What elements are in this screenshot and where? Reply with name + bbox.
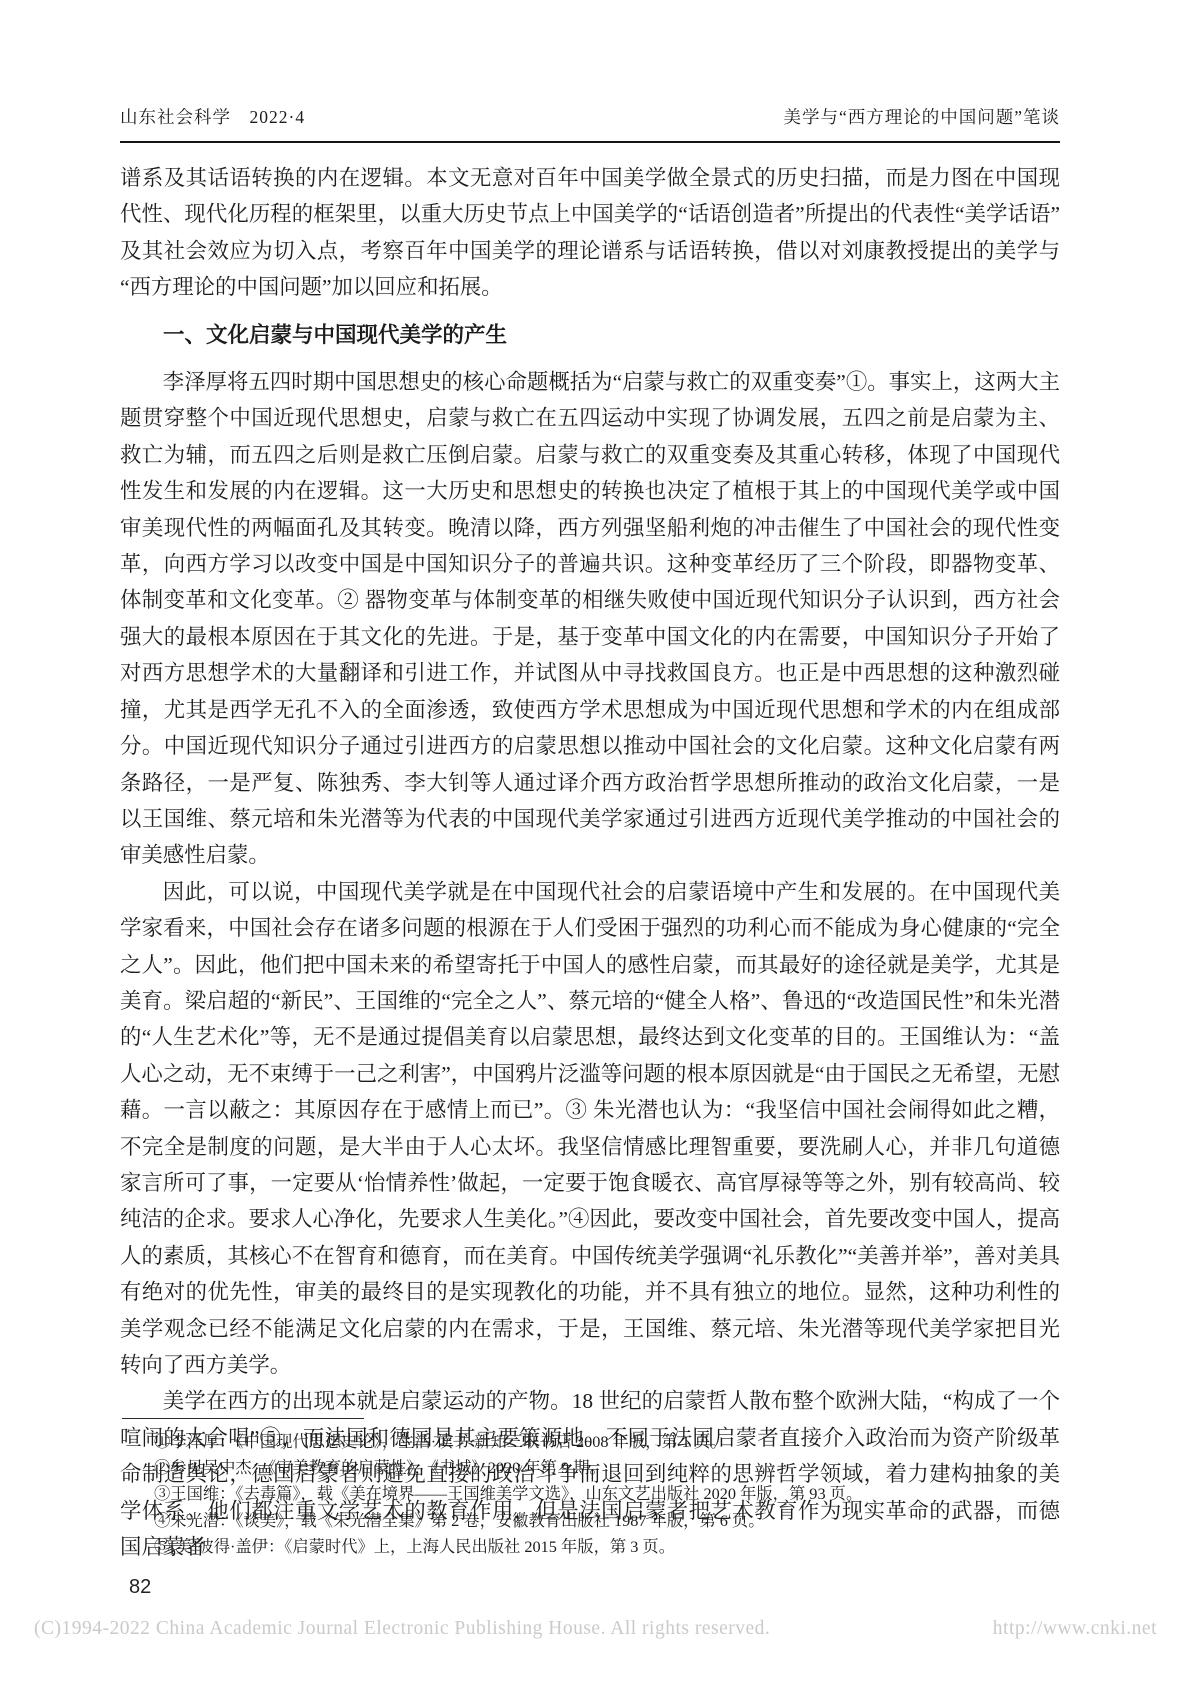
journal-page: 山东社会科学 2022·4 美学与“西方理论的中国问题”笔谈 谱系及其话语转换的… bbox=[0, 0, 1191, 1684]
footnote: ⑤[美]彼得·盖伊：《启蒙时代》上，上海人民出版社 2015 年版，第 3 页。 bbox=[154, 1534, 1060, 1560]
column-title: 美学与“西方理论的中国问题”笔谈 bbox=[783, 104, 1060, 129]
page-header: 山东社会科学 2022·4 美学与“西方理论的中国问题”笔谈 bbox=[120, 0, 1060, 129]
footnote: ①李泽厚：《中国现代思想史论》，生活·读书·新知三联书店 2008 年版，第 1… bbox=[154, 1429, 1060, 1455]
footnote: ②参见吴中杰：《审美教育的启蒙性》，《书城》2020 年第 9 期。 bbox=[154, 1455, 1060, 1481]
footnote-separator bbox=[122, 1418, 364, 1419]
copyright-text: (C)1994-2022 China Academic Journal Elec… bbox=[34, 1618, 770, 1640]
footnote-list: ①李泽厚：《中国现代思想史论》，生活·读书·新知三联书店 2008 年版，第 1… bbox=[120, 1429, 1060, 1560]
section-heading: 一、文化启蒙与中国现代美学的产生 bbox=[120, 317, 1060, 353]
footnote: ④朱光潜：《谈美》，载《朱光潜全集》第 2 卷，安徽教育出版社 1987 年版，… bbox=[154, 1508, 1060, 1534]
intro-paragraph: 谱系及其话语转换的内在逻辑。本文无意对百年中国美学做全景式的历史扫描，而是力图在… bbox=[120, 160, 1060, 306]
header-rule bbox=[120, 141, 1060, 143]
footnote-area: ①李泽厚：《中国现代思想史论》，生活·读书·新知三联书店 2008 年版，第 1… bbox=[120, 1418, 1060, 1576]
cnki-watermark: (C)1994-2022 China Academic Journal Elec… bbox=[34, 1618, 1157, 1640]
article-body: 谱系及其话语转换的内在逻辑。本文无意对百年中国美学做全景式的历史扫描，而是力图在… bbox=[120, 160, 1060, 1565]
journal-title: 山东社会科学 2022·4 bbox=[120, 104, 305, 129]
footnote: ③王国维：《去毒篇》，载《美在境界——王国维美学文选》，山东文艺出版社 2020… bbox=[154, 1481, 1060, 1507]
cnki-url: http://www.cnki.net bbox=[993, 1618, 1157, 1640]
page-number: 82 bbox=[129, 1576, 151, 1599]
paragraph: 因此，可以说，中国现代美学就是在中国现代社会的启蒙语境中产生和发展的。在中国现代… bbox=[120, 874, 1060, 1384]
paragraph: 李泽厚将五四时期中国思想史的核心命题概括为“启蒙与救亡的双重变奏”①。事实上，这… bbox=[120, 364, 1060, 874]
